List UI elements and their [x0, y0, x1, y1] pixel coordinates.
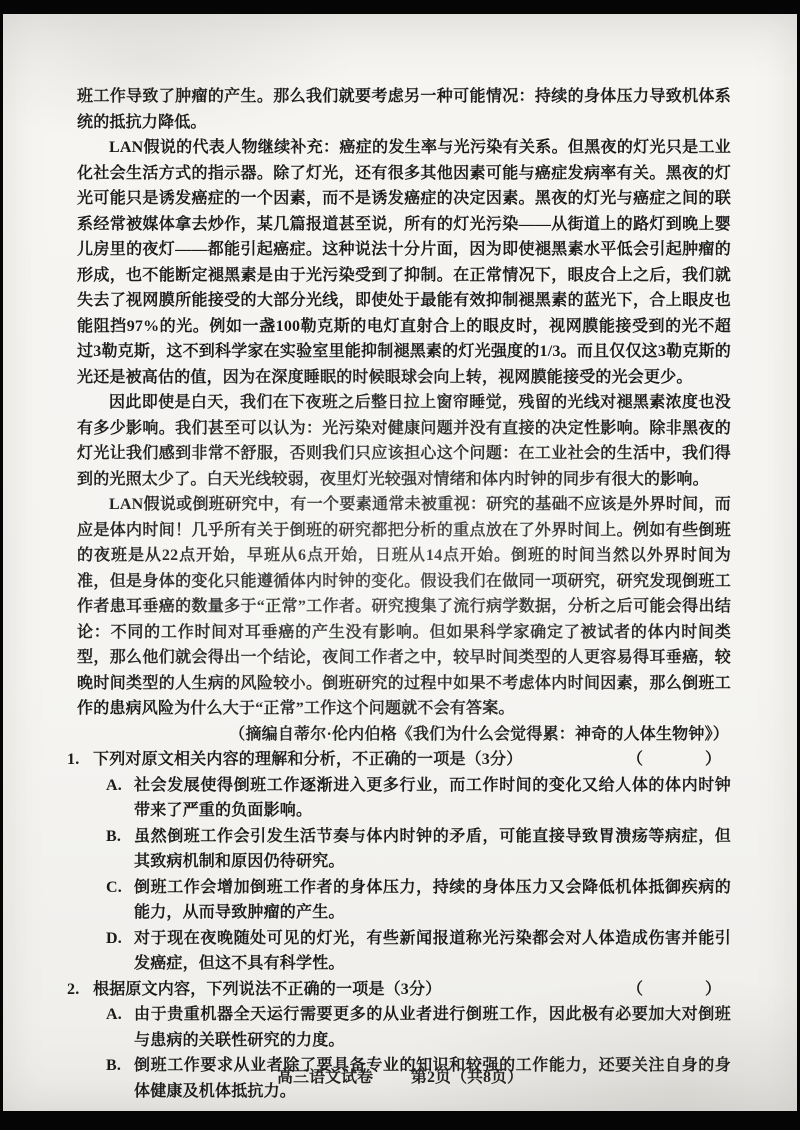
- footer-page-indicator: 第2页（共8页）: [411, 1064, 523, 1087]
- question-1-option-c: C. 倒班工作会增加倒班工作者的身体压力，持续的身体压力又会降低机体抵御疾病的能…: [67, 875, 731, 926]
- question-1-stem-row: 1. 下列对原文相关内容的理解和分析，不正确的一项是（3分） （ ）: [67, 747, 731, 773]
- option-text: 虽然倒班工作会引发生活节奏与体内时钟的矛盾，可能直接导致胃溃疡等病症，但其致病机…: [134, 824, 731, 875]
- footer-exam-title: 高三语文试卷: [277, 1064, 373, 1087]
- passage-paragraph: 因此即使是白天，我们在下夜班之后整日拉上窗帘睡觉，残留的光线对褪黑素浓度也没有多…: [77, 390, 731, 492]
- passage-paragraph: 班工作导致了肿瘤的产生。那么我们就要考虑另一种可能情况：持续的身体压力导致机体系…: [77, 84, 731, 135]
- answer-bracket: （ ）: [627, 747, 731, 773]
- option-text: 倒班工作会增加倒班工作者的身体压力，持续的身体压力又会降低机体抵御疾病的能力，从…: [134, 875, 731, 926]
- question-number: 2.: [67, 977, 93, 1003]
- option-label: B.: [106, 824, 134, 850]
- option-label: A.: [106, 1002, 134, 1028]
- page-footer: 高三语文试卷 第2页（共8页）: [3, 1064, 797, 1087]
- option-label: D.: [106, 926, 134, 952]
- question-1-option-a: A. 社会发展使得倒班工作逐渐进入更多行业，而工作时间的变化又给人体的体内时钟带…: [67, 773, 731, 824]
- passage-attribution: （摘编自蒂尔·伦内伯格《我们为什么会觉得累：神奇的人体生物钟》）: [77, 722, 731, 748]
- question-2-stem-row: 2. 根据原文内容，下列说法不正确的一项是（3分） （ ）: [67, 977, 731, 1003]
- question-1-option-d: D. 对于现在夜晚随处可见的灯光，有些新闻报道称光污染都会对人体造成伤害并能引发…: [67, 926, 731, 977]
- option-text: 对于现在夜晚随处可见的灯光，有些新闻报道称光污染都会对人体造成伤害并能引发癌症，…: [134, 926, 731, 977]
- page-content: 班工作导致了肿瘤的产生。那么我们就要考虑另一种可能情况：持续的身体压力导致机体系…: [77, 84, 731, 1104]
- option-text: 由于贵重机器全天运行需要更多的从业者进行倒班工作，因此极有必要加大对倒班与患病的…: [134, 1002, 731, 1053]
- question-2-option-a: A. 由于贵重机器全天运行需要更多的从业者进行倒班工作，因此极有必要加大对倒班与…: [67, 1002, 731, 1053]
- question-stem: 下列对原文相关内容的理解和分析，不正确的一项是（3分）: [93, 747, 619, 773]
- question-stem: 根据原文内容，下列说法不正确的一项是（3分）: [93, 977, 619, 1003]
- option-text: 社会发展使得倒班工作逐渐进入更多行业，而工作时间的变化又给人体的体内时钟带来了严…: [134, 773, 731, 824]
- question-1: 1. 下列对原文相关内容的理解和分析，不正确的一项是（3分） （ ） A. 社会…: [67, 747, 731, 977]
- question-number: 1.: [67, 747, 93, 773]
- question-1-option-b: B. 虽然倒班工作会引发生活节奏与体内时钟的矛盾，可能直接导致胃溃疡等病症，但其…: [67, 824, 731, 875]
- option-label: C.: [106, 875, 134, 901]
- passage-paragraph: LAN假说的代表人物继续补充：癌症的发生率与光污染有关系。但黑夜的灯光只是工业化…: [77, 135, 731, 390]
- scan-background: 班工作导致了肿瘤的产生。那么我们就要考虑另一种可能情况：持续的身体压力导致机体系…: [0, 0, 800, 1130]
- answer-bracket: （ ）: [627, 977, 731, 1003]
- option-label: A.: [106, 773, 134, 799]
- passage-paragraph: LAN假说或倒班研究中，有一个要素通常未被重视：研究的基础不应该是外界时间，而应…: [77, 492, 731, 722]
- exam-paper-page: 班工作导致了肿瘤的产生。那么我们就要考虑另一种可能情况：持续的身体压力导致机体系…: [3, 14, 797, 1111]
